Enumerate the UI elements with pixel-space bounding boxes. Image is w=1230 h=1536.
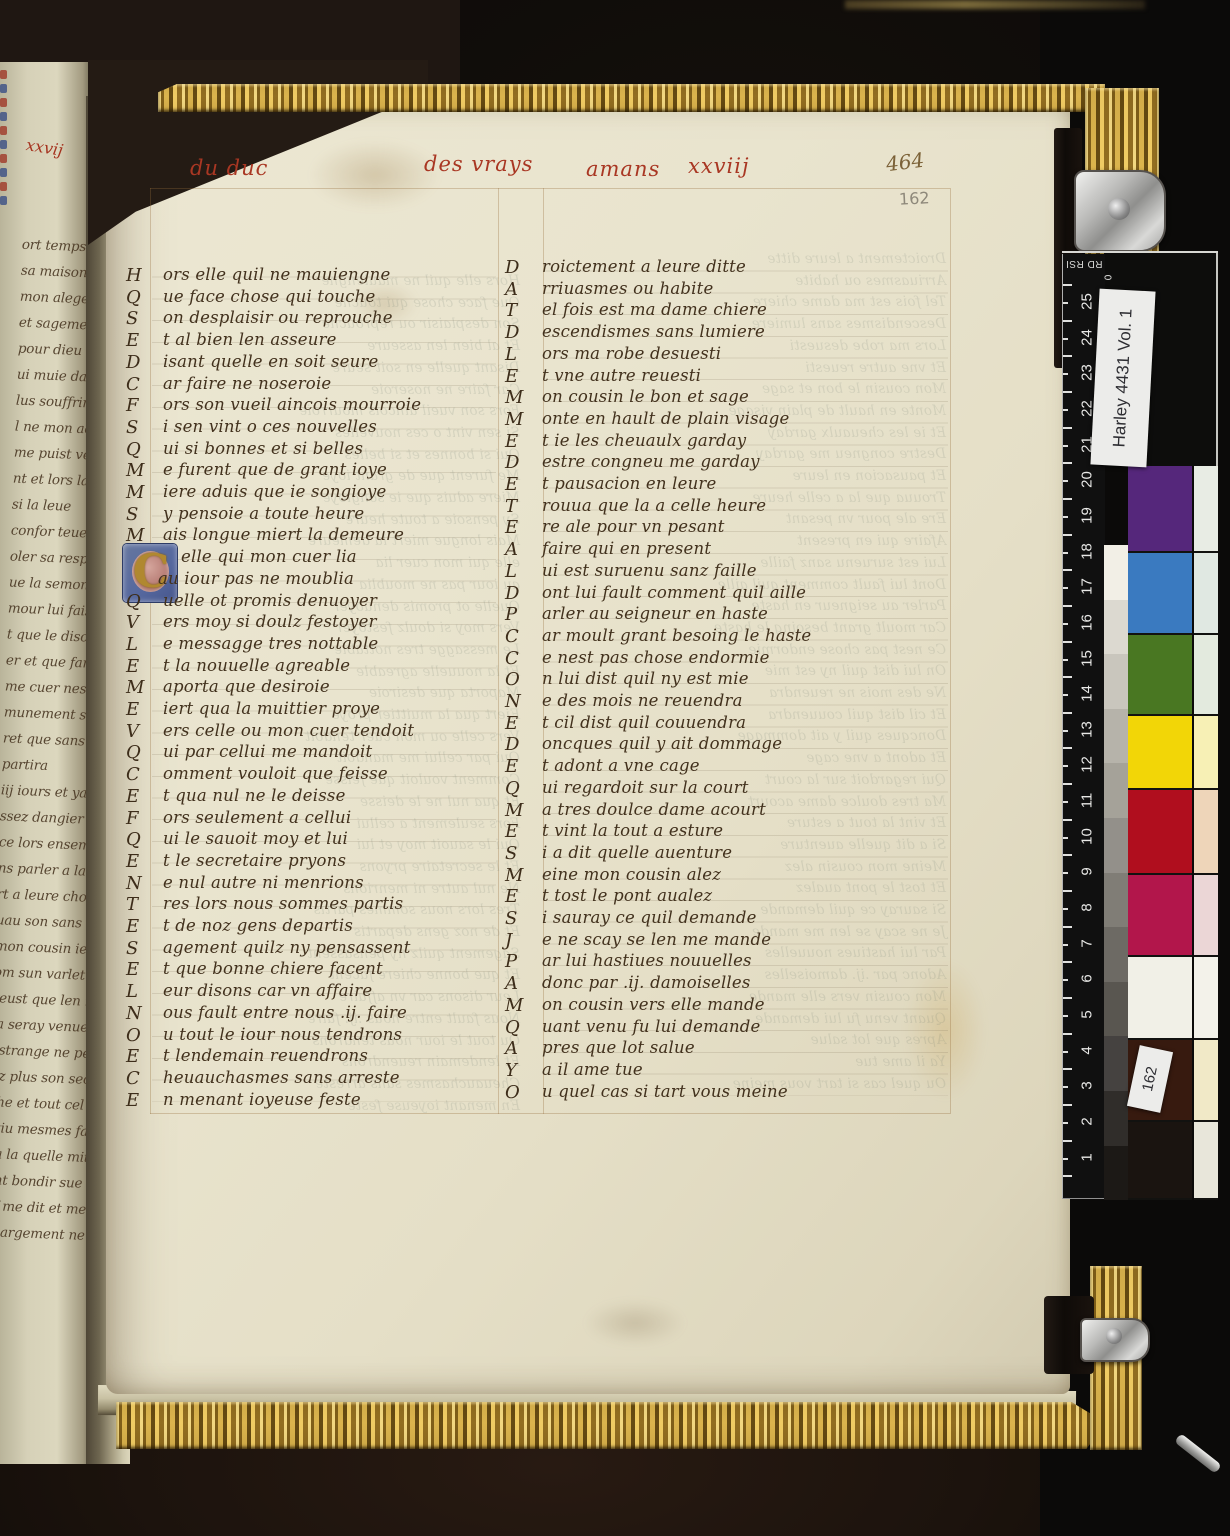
verse-initial: C [505,626,535,647]
verse-text: n menant ioyeuse feste [163,1090,361,1109]
ruler-tick [1063,1104,1072,1106]
ruler-number: 20 [1079,470,1096,490]
gold-tooled-border-bottom [116,1402,1106,1449]
verse-initial: L [126,981,156,1002]
ruler-half-tick [1063,445,1068,447]
grayscale-step [1104,1146,1128,1201]
facing-text-fragment: va la quelle mite [0,1146,92,1166]
verse-text: ers celle ou mon cuer tendoit [163,721,414,740]
verse-initial: E [126,656,156,677]
verse-initial: E [505,886,535,907]
verse-initial: Q [126,591,156,612]
verse-initial: V [126,721,156,742]
shelfmark-sticker: Harley 4431 Vol. 1 [1090,289,1155,468]
color-patch-black [1128,1122,1192,1200]
ruler-tick [1063,783,1072,785]
facing-text-fragment: pour dieu mercy [18,341,92,361]
ruler-half-tick [1063,1051,1068,1053]
ruler-number: 6 [1079,969,1096,989]
verse-initial: Q [505,778,535,799]
verse-text: au iour pas ne moublia [158,569,354,588]
ruler-tick [1063,854,1072,856]
ruler-tick [1063,997,1072,999]
tint-patch-column [1194,466,1218,1200]
ruler-half-tick [1063,409,1068,411]
verse-initial: Q [126,287,156,308]
ruler-tick [1063,569,1072,571]
verse-initial: A [505,1038,535,1059]
strip-border-line [1062,251,1218,253]
verse-text: ors seulement a cellui [163,808,351,827]
verse-initial: S [126,308,156,329]
verse-initial: C [126,1068,156,1089]
verse-text: i sauray ce quil demande [542,908,757,927]
verse-text: t lendemain reuendrons [163,1046,368,1065]
ruler-tick [1063,1140,1072,1142]
verse-text: iert qua la muittier proye [163,699,380,718]
verse-initial: D [505,734,535,755]
verse-text: ont lui fault comment quil aille [542,583,806,602]
verse-initial: E [505,756,535,777]
tint-patch-dark-red [1194,790,1218,875]
verse-text: on desplaisir ou reprouche [163,308,393,327]
verse-text: ar lui hastiues nouuelles [542,951,752,970]
ruler-heading-label: RD RSI [1063,258,1105,269]
verse-text: t al bien len asseure [163,330,337,349]
facing-text-fragment: ns parler a laise [0,860,92,880]
shelfmark-label: Harley 4431 Vol. 1 [1109,308,1136,448]
grayscale-step [1104,654,1128,709]
verse-initial: M [126,482,156,503]
ruler-number: 23 [1079,363,1096,383]
verse-initial: D [126,352,156,373]
tint-patch-white [1194,957,1218,1040]
facing-text-fragment: si la leue [12,497,72,515]
facing-text-fragment: uau son sans muer [0,912,92,933]
ruler-half-tick [1063,623,1068,625]
facing-text-fragments: ort temps et saisonsa maisonmon alegemen… [0,62,92,1464]
grayscale-step [1104,600,1128,655]
verse-initial: M [505,409,535,430]
verse-text: on cousin vers elle mande [542,995,765,1014]
verse-text: t vint la tout a esture [542,821,723,840]
ruler-number: 14 [1079,684,1096,704]
verse-text: ui regardoit sur la court [542,778,749,797]
verse-text: ais longue miert la demeure [163,525,404,544]
verse-text: ui le sauoit moy et lui [163,829,348,848]
verse-text: n lui dist quil ny est mie [542,669,749,688]
running-header-chapter-numeral: xxviij [688,154,750,178]
color-patch-crimson [1128,875,1192,957]
ruler-half-tick [1063,872,1068,874]
parchment-stain [310,140,440,210]
facing-text-fragment: l ne mon acueille [15,419,92,439]
ruler-half-tick [1063,801,1068,803]
running-header-word: du duc [190,156,268,180]
red-edge-mark [0,182,7,191]
ruler-number: 1 [1079,1147,1096,1167]
verse-initial: M [505,800,535,821]
ruler-half-tick [1063,373,1068,375]
verse-initial: F [126,808,156,829]
facing-text-fragment: ctiu mesmes faire [0,1120,92,1141]
facing-text-fragment: me cuer nest mie [5,678,92,698]
ruler-half-tick [1063,659,1068,661]
verse-initial: A [505,539,535,560]
ruler-tick [1063,676,1072,678]
verse-text: u quel cas si tart vous meine [542,1082,788,1101]
ruler-half-tick [1063,1122,1068,1124]
blue-edge-mark [0,84,7,93]
verse-initial: D [505,452,535,473]
verse-text: isant quelle en soit seure [163,352,379,371]
verse-initial: Q [505,1017,535,1038]
verse-initial: E [126,916,156,937]
verse-column-left: Hors elle quil ne mauiengneQue face chos… [163,265,523,1125]
verse-text: ar moult grant besoing le haste [542,626,811,645]
verse-text: ui par cellui me mandoit [163,742,372,761]
verse-text: t ie les cheuaulx garday [542,431,746,450]
ruler-tick [1063,498,1072,500]
verse-text: t que bonne chiere facent [163,959,383,978]
parchment-stain [585,1300,685,1346]
tint-patch-crimson [1194,875,1218,957]
ruler-half-tick [1063,837,1068,839]
facing-text-fragment: rt a leure chose [0,886,92,906]
verse-text: arler au seigneur en haste [542,604,768,623]
verse-initial: Q [126,829,156,850]
facing-text-fragment: nt et lors la lettre [13,471,92,491]
ruler-half-tick [1063,730,1068,732]
verse-text: ors elle quil ne mauiengne [163,265,390,284]
verse-text: estre congneu me garday [542,452,760,471]
tint-patch-yellow [1194,716,1218,790]
color-patch-white [1128,957,1192,1040]
facing-text-fragment: reust que len me nuit [0,990,92,1011]
facing-text-fragment: partira [2,756,49,774]
ruler-tick [1063,890,1072,892]
verse-initial: E [126,699,156,720]
verse-initial: M [126,525,156,546]
verse-text: iere aduis que ie songioye [163,482,387,501]
top-edge-glint [845,0,1145,9]
verse-initial: O [126,1025,156,1046]
verse-initial: S [505,843,535,864]
grayscale-wedge [1104,545,1128,1200]
facing-text-fragment: om sun varlet feust [0,964,92,985]
ruler-number: 17 [1079,577,1096,597]
tint-patch-purple [1194,466,1218,553]
verse-text: re ale pour vn pesant [542,517,725,536]
facing-text-fragment: lus souffrir ne vueille [16,393,92,414]
ruler-tick [1063,391,1072,393]
verse-initial: N [126,1003,156,1024]
ruler-number: 15 [1079,648,1096,668]
verse-initial: E [505,713,535,734]
ruler-half-tick [1063,338,1068,340]
facing-page-edge: xxvij ort temps et saisonsa maisonmon al… [0,62,92,1464]
verse-text: el fois est ma dame chiere [542,300,767,319]
facing-text-fragment: ce lors ensemble [0,834,92,854]
verse-text: rouua que la a celle heure [542,496,766,515]
verse-text: t de noz gens departis [163,916,353,935]
verse-text: ue face chose qui touche [163,287,375,306]
facing-text-fragment: mour lui faisoye [8,600,92,620]
verse-initial: Y [505,1060,535,1081]
verse-initial: E [505,366,535,387]
verse-text: faire qui en present [542,539,711,558]
ruler-number: 25 [1079,292,1096,312]
verse-text: ers moy si doulz festoyer [163,612,377,631]
facing-text-fragment: la seray venue [0,1016,88,1036]
clasp-pin-icon [1106,1328,1122,1344]
running-header-word: amans [586,157,660,181]
verse-initial: C [126,374,156,395]
ruler-tick [1063,462,1072,464]
verse-initial: D [505,583,535,604]
ruler-number: 16 [1079,612,1096,632]
ruler-half-tick [1063,765,1068,767]
verse-initial: E [505,517,535,538]
folio-number-ink: 464 [885,148,926,176]
verse-initial: L [126,634,156,655]
verse-text: eur disons car vn affaire [163,981,372,1000]
ruler-number: 4 [1079,1040,1096,1060]
color-patch-blue [1128,553,1192,635]
verse-text: ui est suruenu sanz faille [542,561,757,580]
ruler-half-tick [1063,1086,1068,1088]
facing-text-fragment: et sagement [19,315,92,334]
verse-initial: O [505,1082,535,1103]
manuscript-photo: xxvij ort temps et saisonsa maisonmon al… [0,0,1230,1536]
verse-text: ui si bonnes et si belles [163,439,363,458]
facing-text-fragment: ort temps et saison [22,237,92,258]
facing-text-fragment: nz plus son secours [0,1068,92,1089]
ruler-number: 2 [1079,1111,1096,1131]
verse-initial: P [505,604,535,625]
verse-text: u tout le iour nous tendrons [163,1025,402,1044]
ruler-tick [1063,641,1072,643]
verse-initial: L [505,344,535,365]
verse-text: t tost le pont aualez [542,886,712,905]
verse-initial: F [126,395,156,416]
verse-text: t vne autre reuesti [542,366,701,385]
verse-initial: L [505,561,535,582]
verse-initial: S [126,417,156,438]
ruler-half-tick [1063,587,1068,589]
verse-text: e furent que de grant ioye [163,460,387,479]
tint-patch-black [1194,1122,1218,1200]
red-edge-mark [0,154,7,163]
verse-initial: S [126,938,156,959]
grayscale-step [1104,709,1128,764]
ruler-number: 3 [1079,1076,1096,1096]
ruler-tick [1063,534,1072,536]
verse-initial: M [126,460,156,481]
verse-initial: V [126,612,156,633]
ruler-half-tick [1063,944,1068,946]
verse-text: i sen vint o ces nouvelles [163,417,377,436]
verse-initial: E [505,474,535,495]
facing-text-fragment: iij iours et ya [1,782,88,801]
ruler-number: 18 [1079,541,1096,561]
grayscale-step [1104,1091,1128,1146]
ruler-number: 19 [1079,505,1096,525]
verse-initial: Q [126,439,156,460]
verse-text: t cil dist quil couuendra [542,713,746,732]
grayscale-step [1104,545,1128,600]
verse-text: omment vouloit que feisse [163,764,388,783]
verse-text: e des mois ne reuendra [542,691,743,710]
color-patch-green [1128,635,1192,716]
facing-text-fragment: ret que sans doubta [3,730,92,751]
grayscale-step [1104,1036,1128,1091]
ruler-zero-mark: 0 [1103,275,1114,281]
verse-text: e messagge tres nottable [163,634,378,653]
verse-initial: T [505,496,535,517]
red-edge-mark [0,70,7,79]
ruler-number: 10 [1079,826,1096,846]
verse-text: escendismes sans lumiere [542,322,765,341]
verse-text: ors ma robe desuesti [542,344,721,363]
verse-initial: A [505,973,535,994]
ruler-half-tick [1063,480,1068,482]
facing-text-fragment: sa maison [21,263,88,282]
verse-text: rriuasmes ou habite [542,279,713,298]
verse-text: y pensoie a toute heure [163,504,364,523]
verse-initial: J [505,930,535,951]
blue-edge-mark [0,140,7,149]
verse-initial: C [126,764,156,785]
verse-text: ous fault entre nous .ij. faire [163,1003,407,1022]
facing-text-fragment: me puist venir [14,445,92,465]
strip-border-line [1216,253,1218,471]
verse-initial: E [126,851,156,872]
facing-text-fragment: ui muie damoy si [17,367,92,387]
verse-text: roictement a leure ditte [542,257,746,276]
verse-text: pres que lot salue [542,1038,695,1057]
verse-initial: T [126,894,156,915]
verse-initial: D [505,322,535,343]
facing-text-fragment: ssez dangier [0,808,84,827]
verse-text: donc par .ij. damoiselles [542,973,751,992]
verse-text: e ne scay se len me mande [542,930,771,949]
verse-initial: E [505,821,535,842]
verse-text: aporta que desiroie [163,677,330,696]
verse-initial: E [126,786,156,807]
running-header-word: des vrays [424,152,533,176]
verse-initial: M [505,995,535,1016]
verse-text: oncques quil y ait dommage [542,734,782,753]
verse-initial: N [126,873,156,894]
verse-initial: E [126,1090,156,1111]
facing-text-fragment: ent bondir sue nuli [0,1172,92,1193]
facing-text-fragment: uf me dit et me fist [0,1198,92,1219]
verse-initial: E [126,330,156,351]
facing-text-fragment: oler sa response [10,548,92,568]
ruler-tick [1063,926,1072,928]
verse-initial: Q [126,742,156,763]
verse-text: elle qui mon cuer lia [181,547,357,566]
facing-text-fragment: mon alegement [20,289,92,309]
ruling-horizontal [150,188,950,189]
verse-text: a tres doulce dame acourt [542,800,766,819]
verse-initial: H [126,265,156,286]
red-edge-mark [0,98,7,107]
verse-initial: S [126,504,156,525]
verse-text: uelle ot promis denuoyer [163,591,377,610]
facing-text-fragment: confor teue [11,522,88,541]
verse-initial: E [505,431,535,452]
verse-initial: M [505,865,535,886]
verse-text: res lors nous sommes partis [163,894,403,913]
verse-text: agement quilz ny pensassent [163,938,411,957]
ruler-number: 9 [1079,862,1096,882]
ruler-tick [1063,961,1072,963]
tint-patch-dark-brown [1194,1040,1218,1122]
clasp-pin-icon [1108,198,1130,220]
verse-text: t la nouuelle agreable [163,656,350,675]
color-patch-purple [1128,466,1192,553]
verse-text: uant venu fu lui demande [542,1017,761,1036]
verse-text: e nest pas chose endormie [542,648,770,667]
blue-edge-mark [0,112,7,121]
facing-text-fragment: mon cousin ie deis [0,938,92,959]
ruler-half-tick [1063,1158,1068,1160]
verse-initial: M [505,387,535,408]
folio-number-pencil: 162 [899,188,930,209]
verse-initial: M [126,677,156,698]
folio-sticker-label: 162 [1139,1065,1161,1093]
grayscale-step [1104,982,1128,1037]
facing-text-fragment: t sargement ne heure [0,1224,92,1246]
grayscale-step [1104,873,1128,928]
verse-text: t pausacion en leure [542,474,717,493]
verse-text: i a dit quelle auenture [542,843,732,862]
verse-initial: A [505,279,535,300]
ruler-number: 5 [1079,1005,1096,1025]
verse-text: eine mon cousin alez [542,865,721,884]
red-edge-mark [0,126,7,135]
ruler-tick [1063,747,1072,749]
verse-initial: E [126,1046,156,1067]
blue-edge-mark [0,196,7,205]
verse-text: onte en hault de plain visage [542,409,790,428]
verse-text: ar faire ne noseroie [163,374,331,393]
ruler-number: 12 [1079,755,1096,775]
ruler-tick [1063,712,1072,714]
verse-column-right: Droictement a leure ditteArriuasmes ou h… [542,257,952,1117]
color-patch-yellow [1128,716,1192,790]
grayscale-step [1104,927,1128,982]
ruler-tick [1063,819,1072,821]
ruler-half-tick [1063,552,1068,554]
verse-text: e nul autre ni menrions [163,873,364,892]
ruler-number: 7 [1079,933,1096,953]
grayscale-step [1104,818,1128,873]
ruler-number: 13 [1079,719,1096,739]
ruler-number: 8 [1079,898,1096,918]
grayscale-step [1104,763,1128,818]
tint-patch-blue [1194,553,1218,635]
tint-patch-green [1194,635,1218,716]
verse-initial: S [505,908,535,929]
ruler-half-tick [1063,694,1068,696]
verse-initial: D [505,257,535,278]
ruler-tick [1063,427,1072,429]
verse-text: t le secretaire pryons [163,851,346,870]
ruler-tick [1063,284,1072,286]
